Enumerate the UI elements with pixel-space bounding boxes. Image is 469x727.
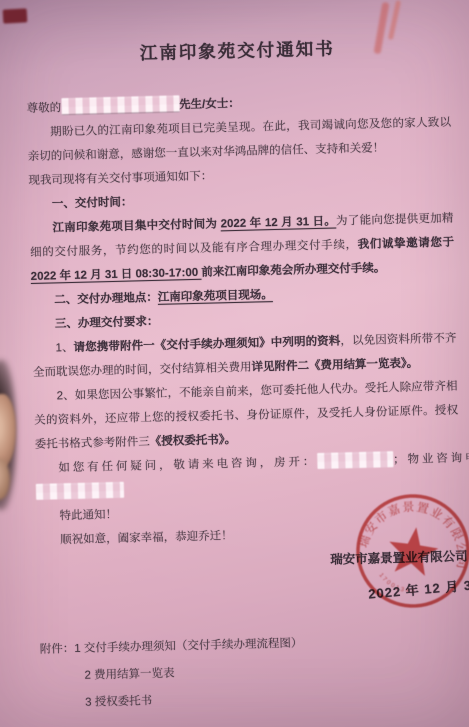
greeting-prefix: 尊敬的: [26, 102, 61, 115]
section1-date1: 2022 年 12 月 31 日。: [220, 216, 336, 231]
item2-run1: 如果您因公事繁忙，不能亲自前来，您可委托他人代办。受托人除应带齐相关的资料外，还…: [34, 381, 458, 451]
page-title: 江南印象苑交付通知书: [25, 33, 450, 69]
attachments-block: 附件：1 交付手续办理须知（交付手续办理流程图） 2 费用结算一览表 3 授权委…: [40, 627, 466, 718]
item1-number: 1、: [55, 342, 73, 354]
item2-number: 2、: [57, 390, 75, 402]
section1-run6: 前来江南印象苑会所办理交付手续。: [201, 262, 385, 278]
section2-label: 二、交付办理地点：: [54, 292, 158, 307]
contact-run2: ；物业咨询电话：: [393, 451, 469, 466]
section1-run4: 我们诚挚邀请您于: [357, 237, 454, 251]
section2-value: 江南印象苑项目现场。: [158, 289, 273, 304]
document-photo: 江南印象苑交付通知书 尊敬的先生/女士： 期盼已久的江南印象苑项目已完美呈现。在…: [0, 0, 469, 727]
item2-run2: 《授权委托书》。: [150, 434, 237, 448]
dark-red-corner-mark: [3, 8, 28, 23]
item1-run3: 详见附件二《费用结算一览表》。: [251, 358, 418, 374]
seal-star-icon: [385, 524, 440, 577]
seal-svg: 瑞安市嘉景置业有限公司 17001343: [329, 467, 469, 634]
contact-run1: 如您有任何疑问，敬请来电咨询，房开：: [58, 456, 317, 474]
attachments-label: 附件：: [40, 643, 75, 656]
greeting-suffix: 先生/女士：: [179, 98, 240, 111]
item1-run1: 请您携带附件一《交付手续办理须知》中列明的资料: [73, 335, 340, 354]
seal-serial-number: 17001343: [376, 572, 419, 596]
redacted-property-phone-mosaic: [36, 482, 124, 500]
attachment-item-1: 1 交付手续办理须知（交付手续办理流程图）: [74, 637, 302, 655]
company-seal-stamp: 瑞安市嘉景置业有限公司 17001343: [329, 467, 469, 634]
section3-item2: 2、如果您因公事繁忙，不能亲自前来，您可委托他人代办。受托人除应带齐相关的资料外…: [33, 375, 459, 457]
section1-date2: 2022 年 12 月 31 日 08:30-17:00: [31, 267, 202, 283]
section1-body: 江南印象苑项目集中交付时间为 2022 年 12 月 31 日。为了能向您提供更…: [29, 207, 455, 289]
redacted-name-mosaic: [61, 95, 179, 115]
redacted-developer-phone-mosaic: [317, 451, 393, 469]
section1-run1: 江南印象苑项目集中交付时间为: [52, 218, 220, 234]
